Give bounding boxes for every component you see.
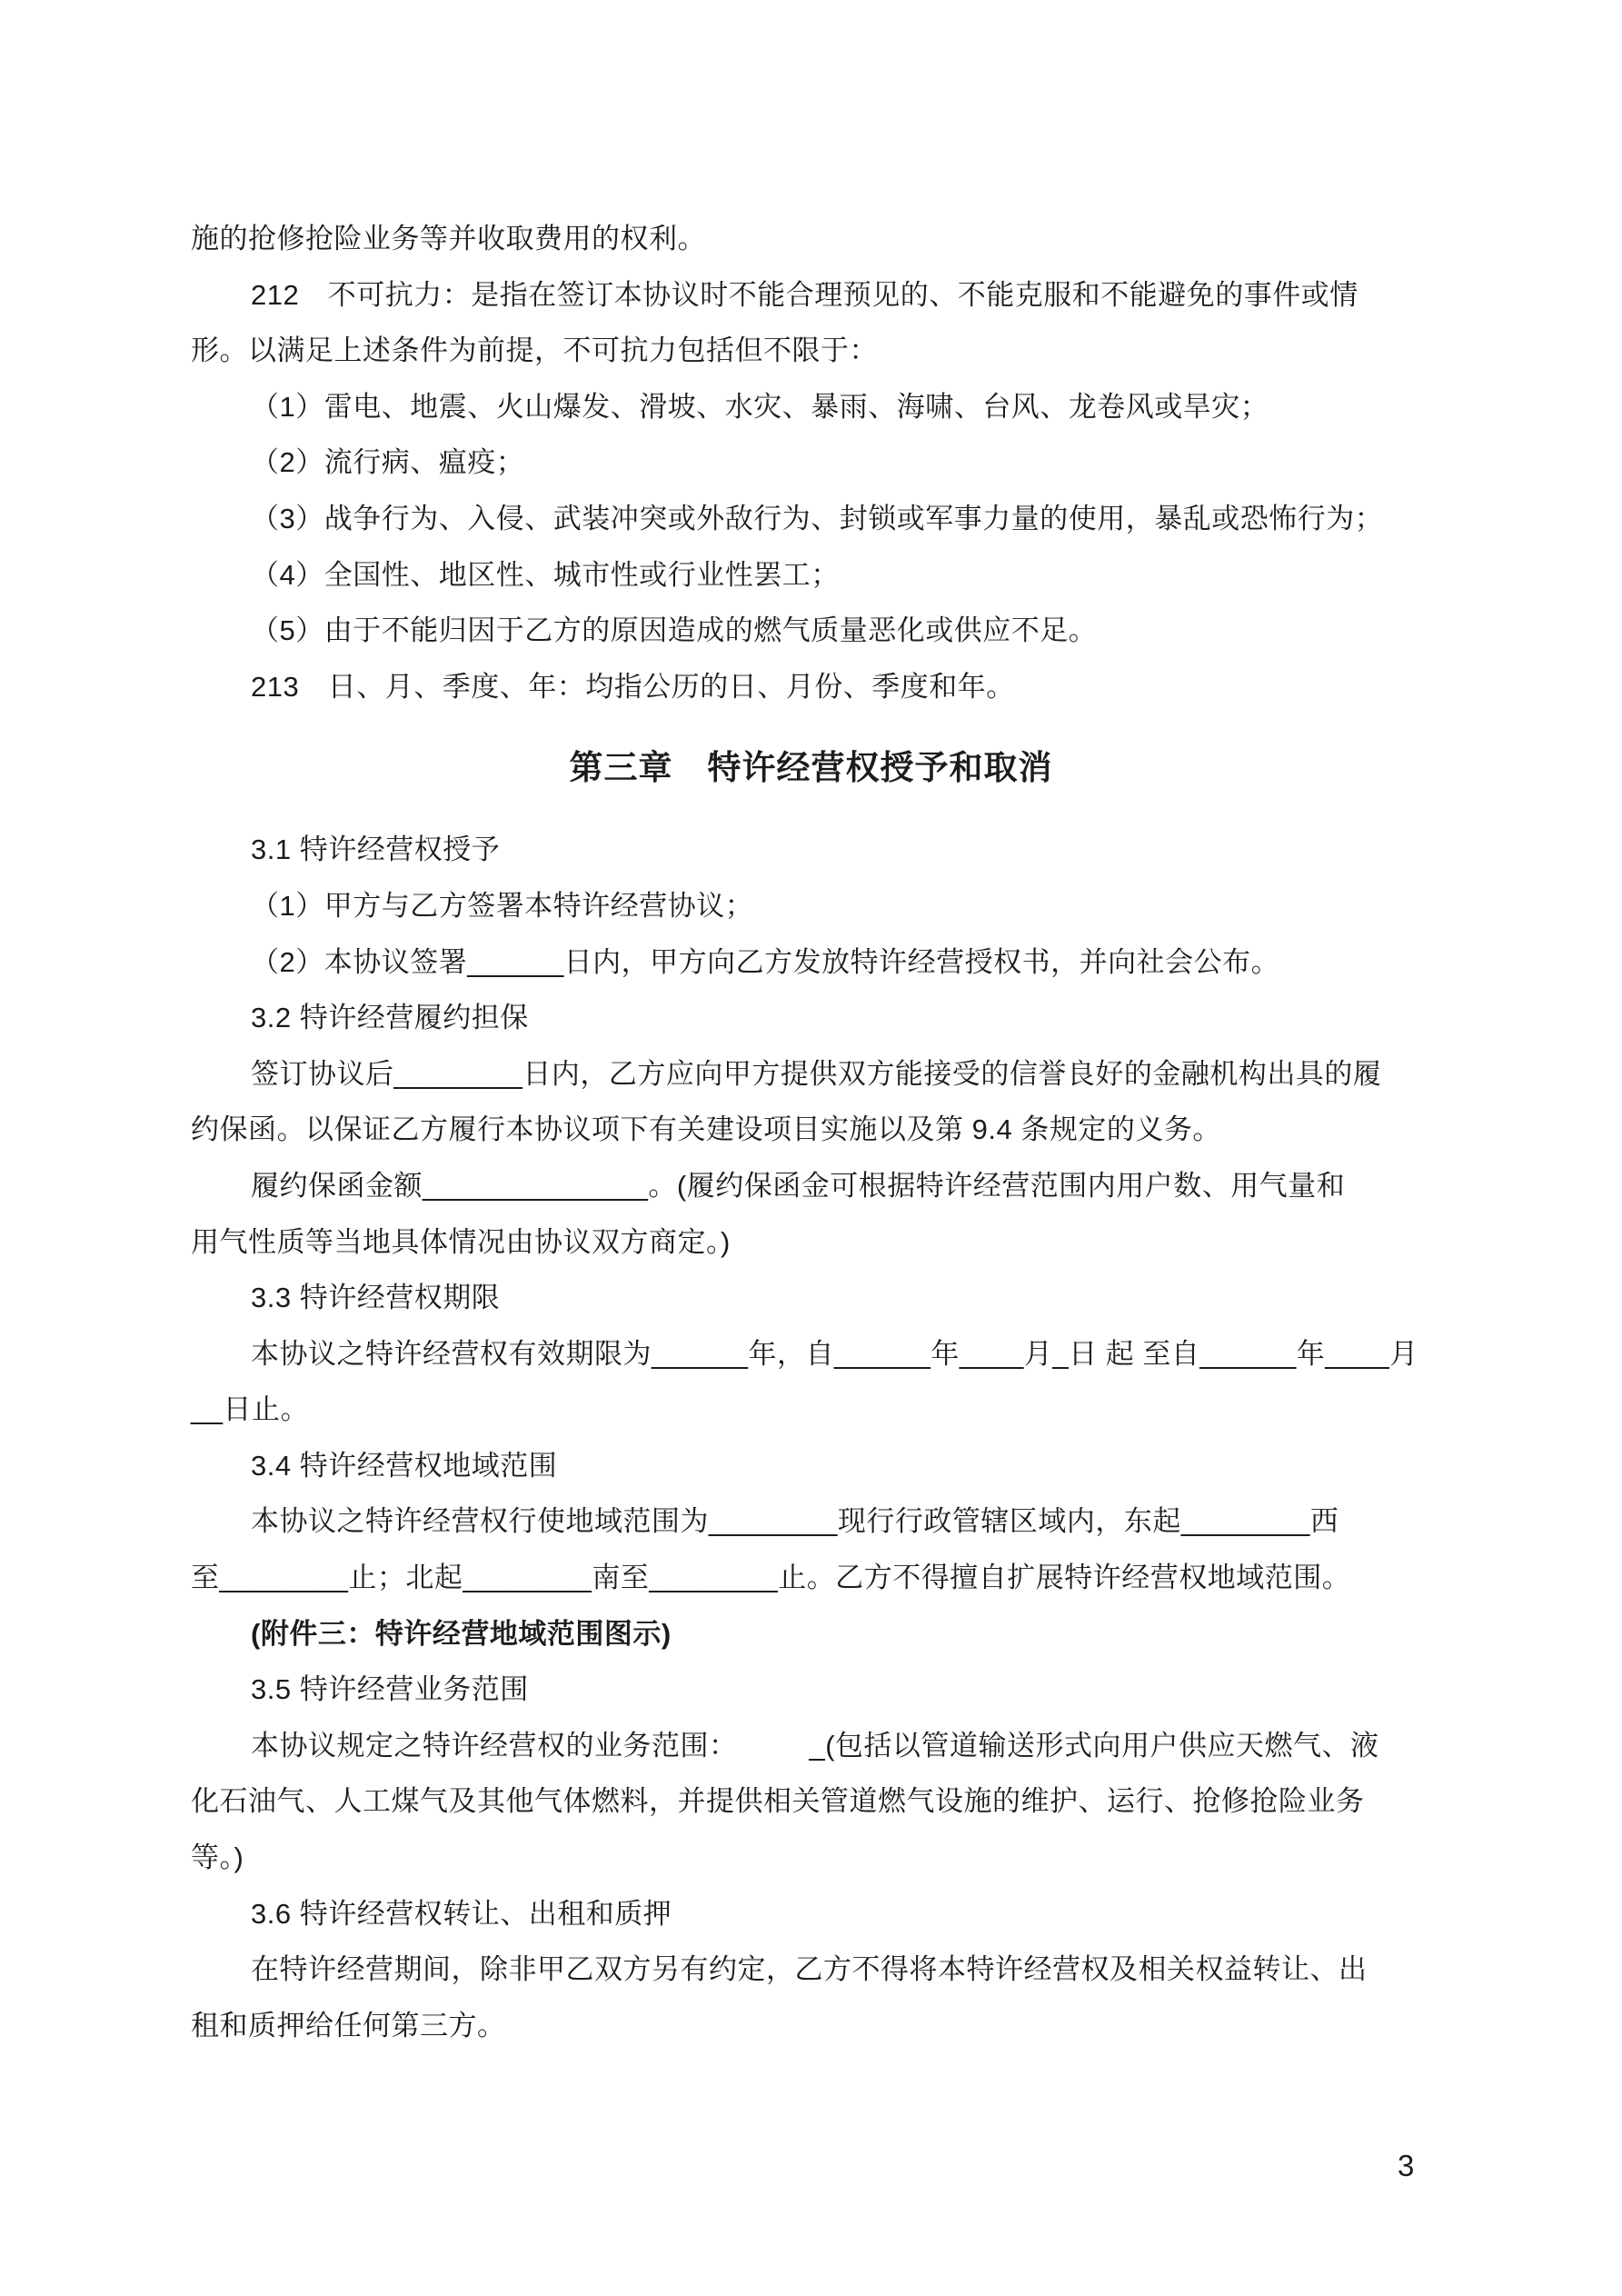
- text-line: 约保函。以保证乙方履行本协议项下有关建设项目实施以及第 9.4 条规定的义务。: [0, 1102, 1622, 1158]
- text-line: __日止。: [0, 1382, 1622, 1438]
- section-heading: 3.6 特许经营权转让、出租和质押: [0, 1886, 1622, 1942]
- text-line: 施的抢修抢险业务等并收取费用的权利。: [0, 211, 1622, 267]
- section-heading: 3.2 特许经营履约担保: [0, 990, 1622, 1046]
- list-item: （3）战争行为、入侵、武装冲突或外敌行为、封锁或军事力量的使用，暴乱或恐怖行为；: [0, 491, 1622, 547]
- text-line: 213 日、月、季度、年：均指公历的日、月份、季度和年。: [0, 659, 1622, 715]
- text-line: 至________止；北起________南至________止。乙方不得擅自扩…: [0, 1550, 1622, 1606]
- section-heading: 3.5 特许经营业务范围: [0, 1662, 1622, 1718]
- text-line: 本协议之特许经营权行使地域范围为________现行行政管辖区域内，东起____…: [0, 1493, 1622, 1550]
- section-heading: 3.1 特许经营权授予: [0, 822, 1622, 878]
- list-item: （1）甲方与乙方签署本特许经营协议；: [0, 878, 1622, 934]
- text-line: 用气性质等当地具体情况由协议双方商定。): [0, 1214, 1622, 1271]
- text-line: 本协议规定之特许经营权的业务范围： _(包括以管道输送形式向用户供应天燃气、液: [0, 1718, 1622, 1774]
- attachment-note: (附件三：特许经营地域范围图示): [0, 1606, 1622, 1662]
- text-line: 等。): [0, 1830, 1622, 1886]
- text-line: 本协议之特许经营权有效期限为______年，自______年____月_日 起 …: [0, 1326, 1622, 1383]
- list-item: （4）全国性、地区性、城市性或行业性罢工；: [0, 547, 1622, 604]
- section-heading: 3.4 特许经营权地域范围: [0, 1438, 1622, 1494]
- text-line: 212 不可抗力：是指在签订本协议时不能合理预见的、不能克服和不能避免的事件或情: [0, 267, 1622, 324]
- text-line: 化石油气、人工煤气及其他气体燃料，并提供相关管道燃气设施的维护、运行、抢修抢险业…: [0, 1773, 1622, 1830]
- list-item: （2）本协议签署______日内，甲方向乙方发放特许经营授权书，并向社会公布。: [0, 934, 1622, 991]
- list-item: （5）由于不能归因于乙方的原因造成的燃气质量恶化或供应不足。: [0, 603, 1622, 659]
- chapter-heading: 第三章 特许经营权授予和取消: [0, 714, 1622, 822]
- text-line: 形。以满足上述条件为前提，不可抗力包括但不限于：: [0, 323, 1622, 379]
- text-line: 履约保函金额______________。(履约保函金可根据特许经营范围内用户数…: [0, 1158, 1622, 1214]
- document-page: 施的抢修抢险业务等并收取费用的权利。 212 不可抗力：是指在签订本协议时不能合…: [0, 0, 1622, 2296]
- text-line: 在特许经营期间，除非甲乙双方另有约定，乙方不得将本特许经营权及相关权益转让、出: [0, 1942, 1622, 1998]
- document-body: 施的抢修抢险业务等并收取费用的权利。 212 不可抗力：是指在签订本协议时不能合…: [0, 211, 1622, 2053]
- list-item: （1）雷电、地震、火山爆发、滑坡、水灾、暴雨、海啸、台风、龙卷风或旱灾；: [0, 379, 1622, 435]
- page-number: 3: [1398, 2143, 1414, 2189]
- text-line: 签订协议后________日内，乙方应向甲方提供双方能接受的信誉良好的金融机构出…: [0, 1046, 1622, 1103]
- list-item: （2）流行病、瘟疫；: [0, 434, 1622, 491]
- section-heading: 3.3 特许经营权期限: [0, 1270, 1622, 1326]
- text-line: 租和质押给任何第三方。: [0, 1998, 1622, 2054]
